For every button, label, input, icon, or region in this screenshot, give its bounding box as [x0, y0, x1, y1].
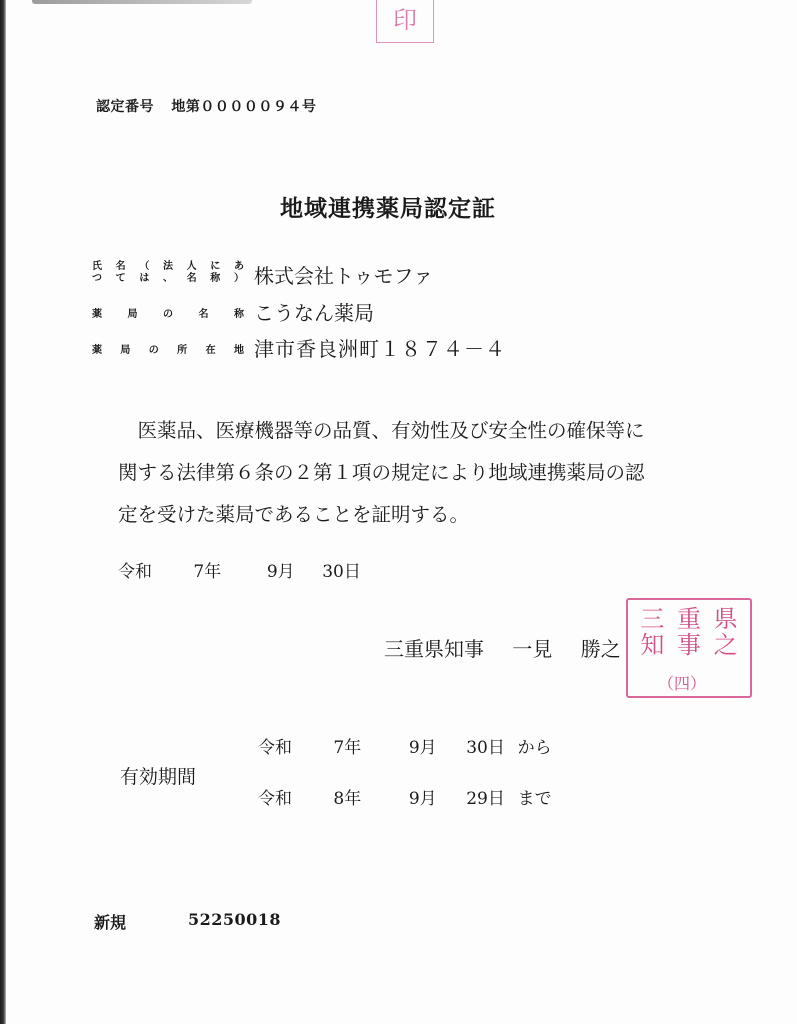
label-char: あ	[234, 261, 244, 273]
label-char: 所	[177, 341, 187, 356]
seal-char: 県	[714, 606, 738, 632]
field-label-name-line2: つ て は 、 名 称 ）	[92, 273, 244, 285]
label-char: の	[163, 305, 173, 320]
validity-to: 令和 8年 9月 29日 まで	[258, 784, 552, 809]
issue-date: 令和 7年 9月 30日	[118, 557, 361, 582]
from-month: 9月	[409, 733, 461, 758]
registration-type: 新規	[94, 910, 126, 933]
label-char: つ	[92, 273, 102, 285]
issuer-signature: 三重県知事 一見 勝之	[384, 633, 621, 662]
label-char: 法	[163, 261, 173, 273]
field-value-pharmacy-address: 津市香良洲町１８７４－４	[254, 333, 506, 362]
label-char: 称	[210, 273, 220, 285]
from-suffix: から	[518, 733, 552, 758]
label-char: （	[139, 261, 149, 273]
registration-number: 52250018	[188, 910, 281, 929]
issue-year: 7年	[193, 557, 261, 582]
statement-line-1: 医薬品、医療機器等の品質、有効性及び安全性の確保等に	[118, 410, 738, 452]
validity-from: 令和 7年 9月 30日 から	[258, 733, 552, 758]
issue-era: 令和	[118, 557, 188, 582]
label-char: 名	[116, 261, 126, 273]
label-char: 称	[234, 305, 244, 320]
top-seal-char: 印	[393, 6, 417, 34]
label-char: に	[210, 261, 220, 273]
document-title: 地域連携薬局認定証	[280, 190, 496, 223]
to-year: 8年	[333, 784, 403, 809]
issue-day: 30日	[322, 557, 361, 582]
issuer-title: 三重県知事	[384, 637, 484, 661]
from-day: 30日	[466, 733, 512, 758]
to-day: 29日	[466, 784, 512, 809]
seal-char: 三	[640, 606, 664, 632]
from-year: 7年	[333, 733, 403, 758]
label-char: 名	[187, 273, 197, 285]
label-char: 在	[206, 341, 216, 356]
label-char: 名	[199, 305, 209, 320]
label-char: 人	[187, 261, 197, 273]
label-char: 局	[128, 305, 138, 320]
field-label-name-line1: 氏 名 （ 法 人 に あ	[92, 261, 244, 273]
label-char: 、	[163, 273, 173, 285]
label-char: は	[139, 273, 149, 285]
label-char: ）	[234, 273, 244, 285]
certification-statement: 医薬品、医療機器等の品質、有効性及び安全性の確保等に 関する法律第６条の２第１項…	[118, 410, 738, 536]
from-era: 令和	[258, 733, 328, 758]
field-label-pharmacy-address: 薬 局 の 所 在 地	[92, 341, 244, 356]
statement-line-3: 定を受けた薬局であることを証明する。	[118, 494, 738, 536]
field-label-name: 氏 名 （ 法 人 に あ つ て は 、 名 称 ）	[92, 261, 244, 285]
field-value-pharmacy-name: こうなん薬局	[254, 297, 374, 326]
seal-char: 之	[714, 632, 738, 658]
validity-period-label: 有効期間	[120, 762, 196, 789]
label-char: 局	[120, 341, 130, 356]
to-month: 9月	[409, 784, 461, 809]
field-value-corporate-name: 株式会社トゥモファ	[254, 260, 433, 289]
label-char: 薬	[92, 341, 102, 356]
issue-month: 9月	[267, 557, 317, 582]
governor-seal-stamp: 三 知 重 事 県 之 （四）	[626, 598, 752, 698]
to-suffix: まで	[518, 784, 552, 809]
label-char: 地	[234, 341, 244, 356]
top-seal-stamp: 印	[376, 0, 434, 43]
issuer-given-name: 勝之	[581, 637, 621, 661]
label-char: 氏	[92, 261, 102, 273]
issuer-surname: 一見	[512, 637, 552, 661]
scan-left-edge-shadow	[0, 0, 6, 1024]
label-char: の	[149, 341, 159, 356]
to-era: 令和	[258, 784, 328, 809]
seal-char: 重	[677, 606, 701, 632]
seal-bottom-text: （四）	[658, 671, 706, 694]
certificate-number-label: 認定番号	[96, 99, 154, 115]
label-char: て	[116, 273, 126, 285]
certificate-number-value: 地第０００００９４号	[171, 99, 316, 115]
seal-char: 事	[677, 632, 701, 658]
statement-line-2: 関する法律第６条の２第１項の規定により地域連携薬局の認	[118, 452, 738, 494]
label-char: 薬	[92, 305, 102, 320]
field-label-pharmacy-name: 薬 局 の 名 称	[92, 305, 244, 320]
scan-top-smudge	[32, 0, 252, 4]
certificate-number: 認定番号 地第０００００９４号	[96, 96, 316, 116]
seal-char: 知	[640, 632, 664, 658]
